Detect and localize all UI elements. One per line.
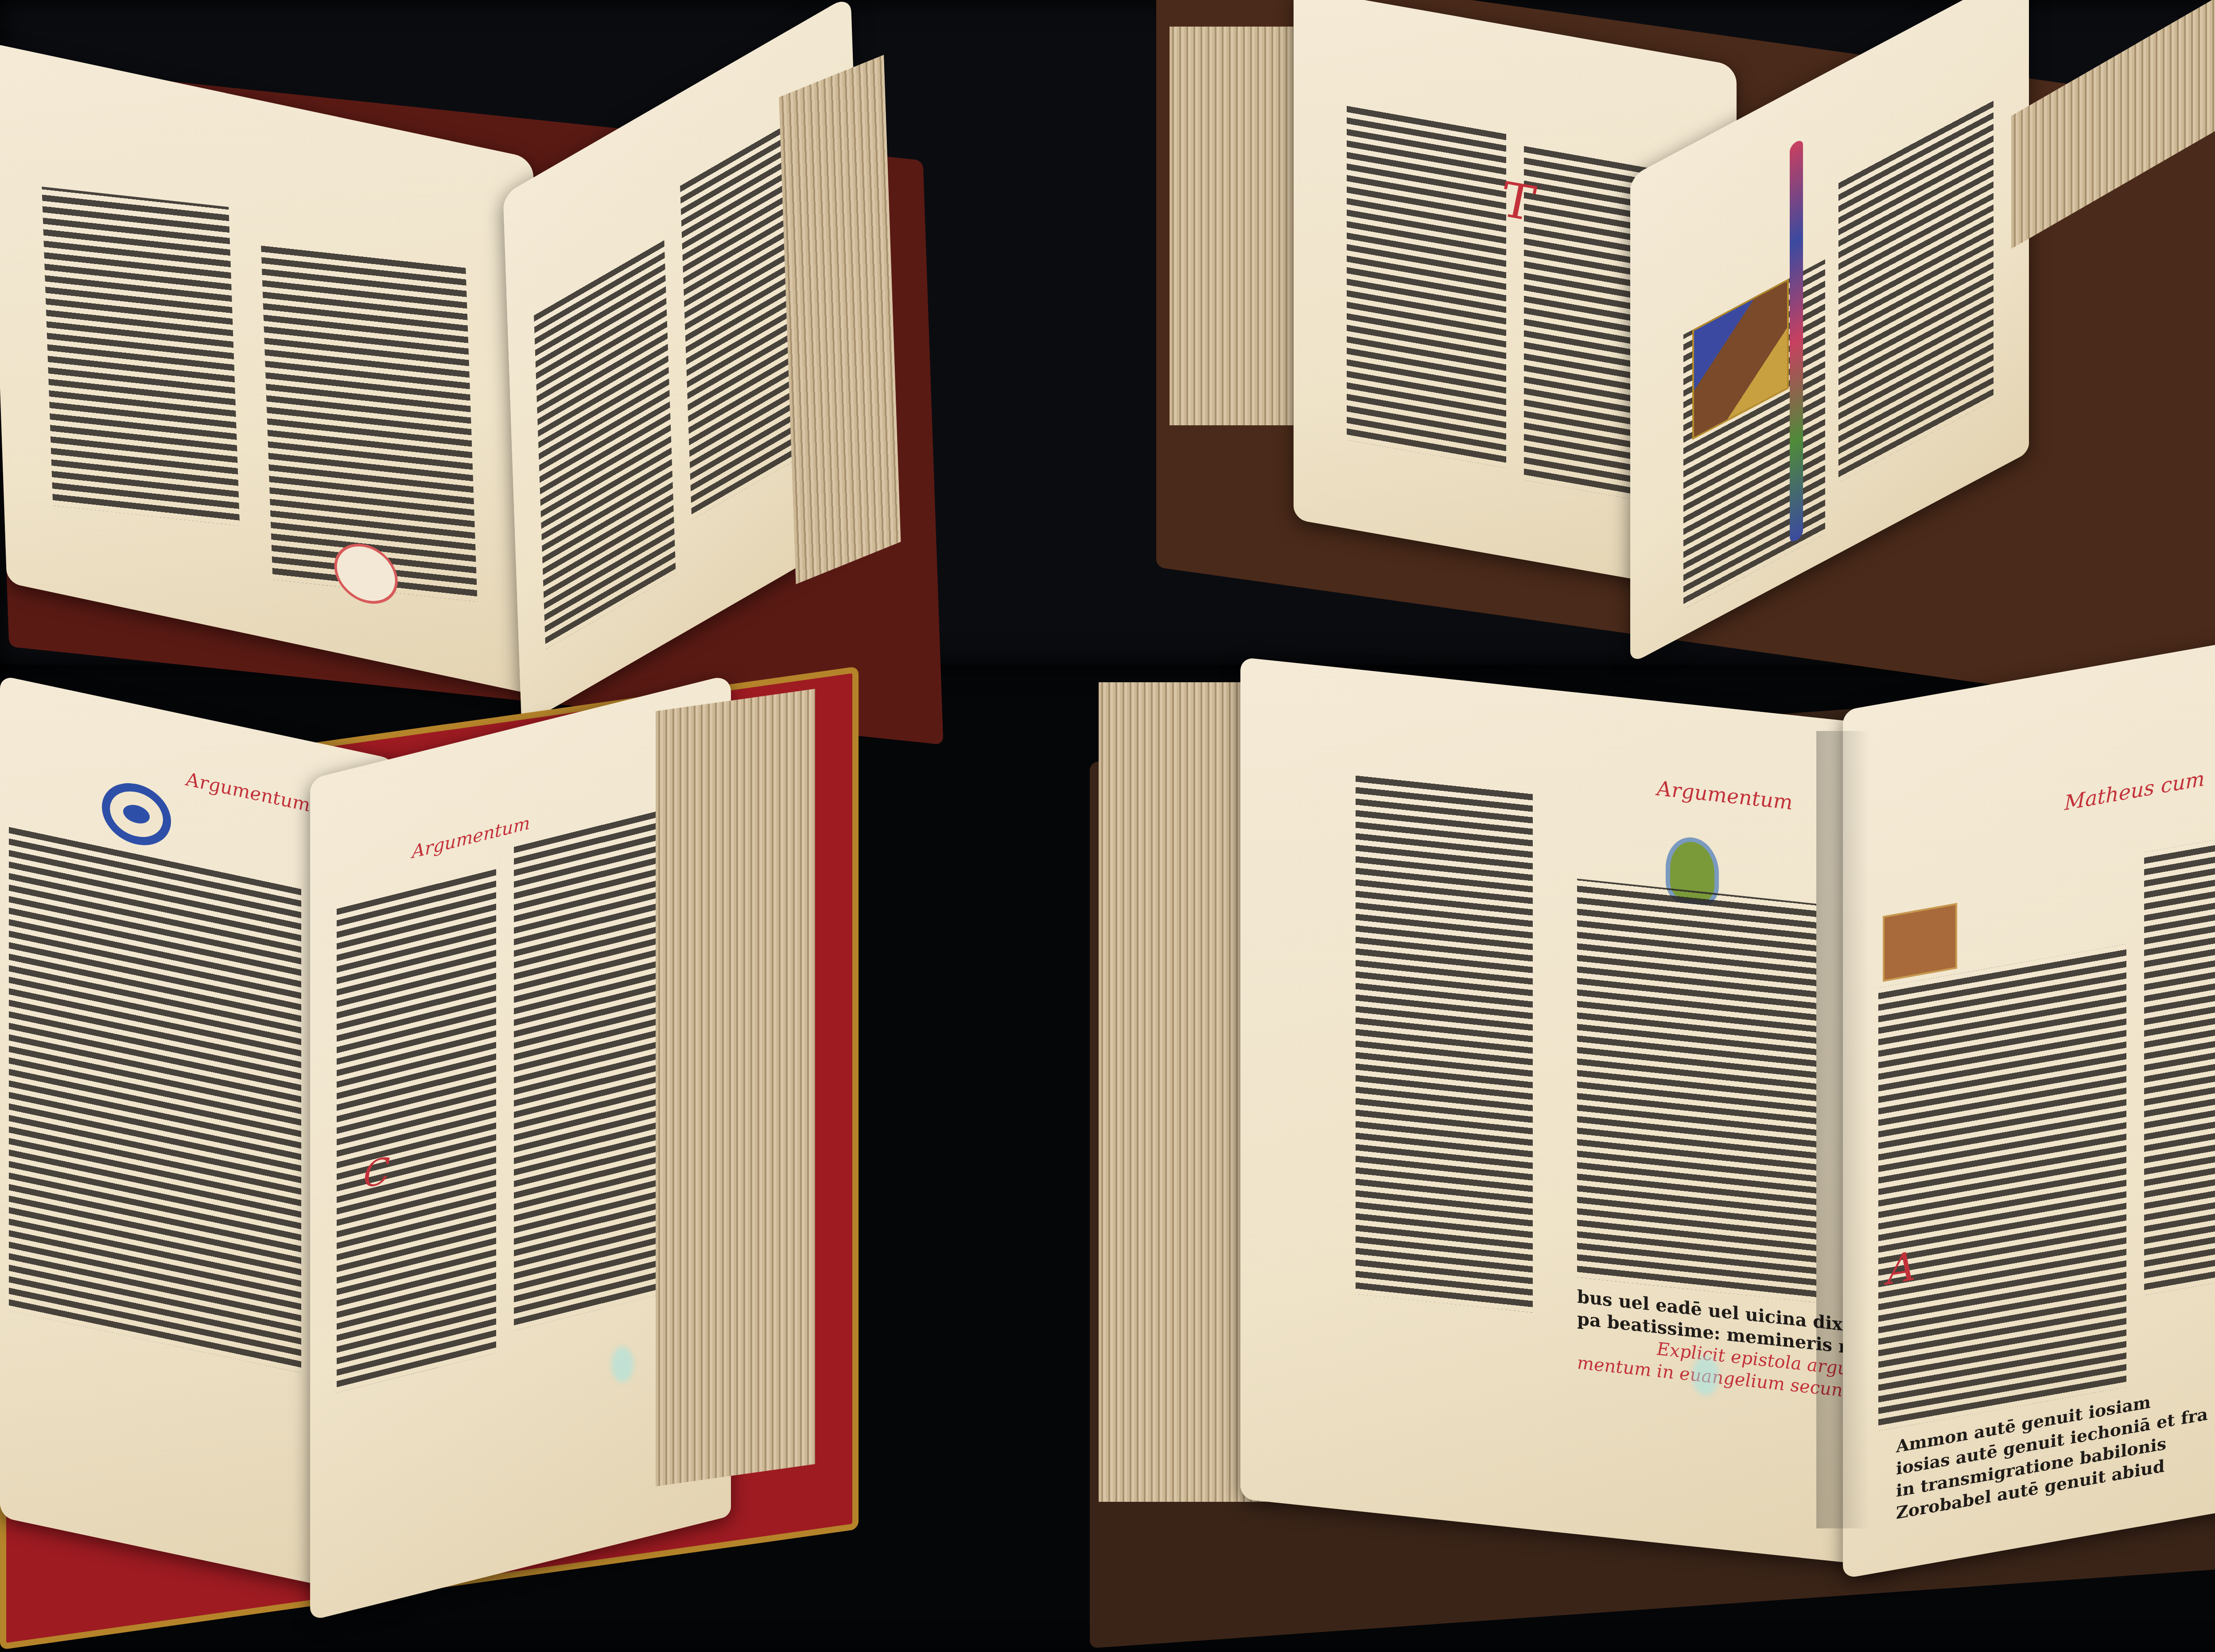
text-column <box>1347 103 1506 468</box>
text-column <box>1878 944 2126 1431</box>
text-column <box>9 824 301 1373</box>
blue-initial-letter <box>102 777 171 851</box>
text-column <box>534 237 676 649</box>
text-column <box>1356 771 1533 1313</box>
bible-bottom-right: Argumentum bus uel eadē uel uicina dixer… <box>1090 665 2215 1617</box>
running-head-right: Matheus cum <box>2064 766 2205 815</box>
text-column <box>42 187 240 525</box>
book-gutter <box>1816 731 1869 1528</box>
left-page: Argumentum bus uel eadē uel uicina dixer… <box>1240 657 1887 1566</box>
bible-top-left <box>0 41 964 716</box>
running-head-left: Argumentum <box>1657 776 1792 814</box>
page-edges <box>656 689 815 1487</box>
text-column <box>1577 878 1816 1302</box>
red-initial: C <box>363 1149 390 1197</box>
page-edges <box>779 55 901 584</box>
text-column <box>2144 818 2215 1295</box>
glass-reflection <box>1692 1356 1719 1395</box>
running-head-right: Argumentum <box>412 813 530 863</box>
red-initial: A <box>1887 1243 1916 1294</box>
glass-reflection <box>611 1347 633 1382</box>
text-column <box>337 866 496 1393</box>
right-page: Matheus cum Ammon autē genuit iosiam ios… <box>1843 618 2215 1579</box>
page-edges <box>1170 27 1302 425</box>
text-column <box>1838 99 1993 482</box>
red-initial: T <box>1502 171 1534 233</box>
bible-bottom-left: Argumentum Argumentum C <box>0 691 864 1599</box>
floral-border <box>1790 138 1803 544</box>
running-head-left: Argumentum <box>186 768 310 816</box>
gold-initial <box>1883 903 1957 982</box>
bible-top-right: T <box>1143 9 2215 665</box>
